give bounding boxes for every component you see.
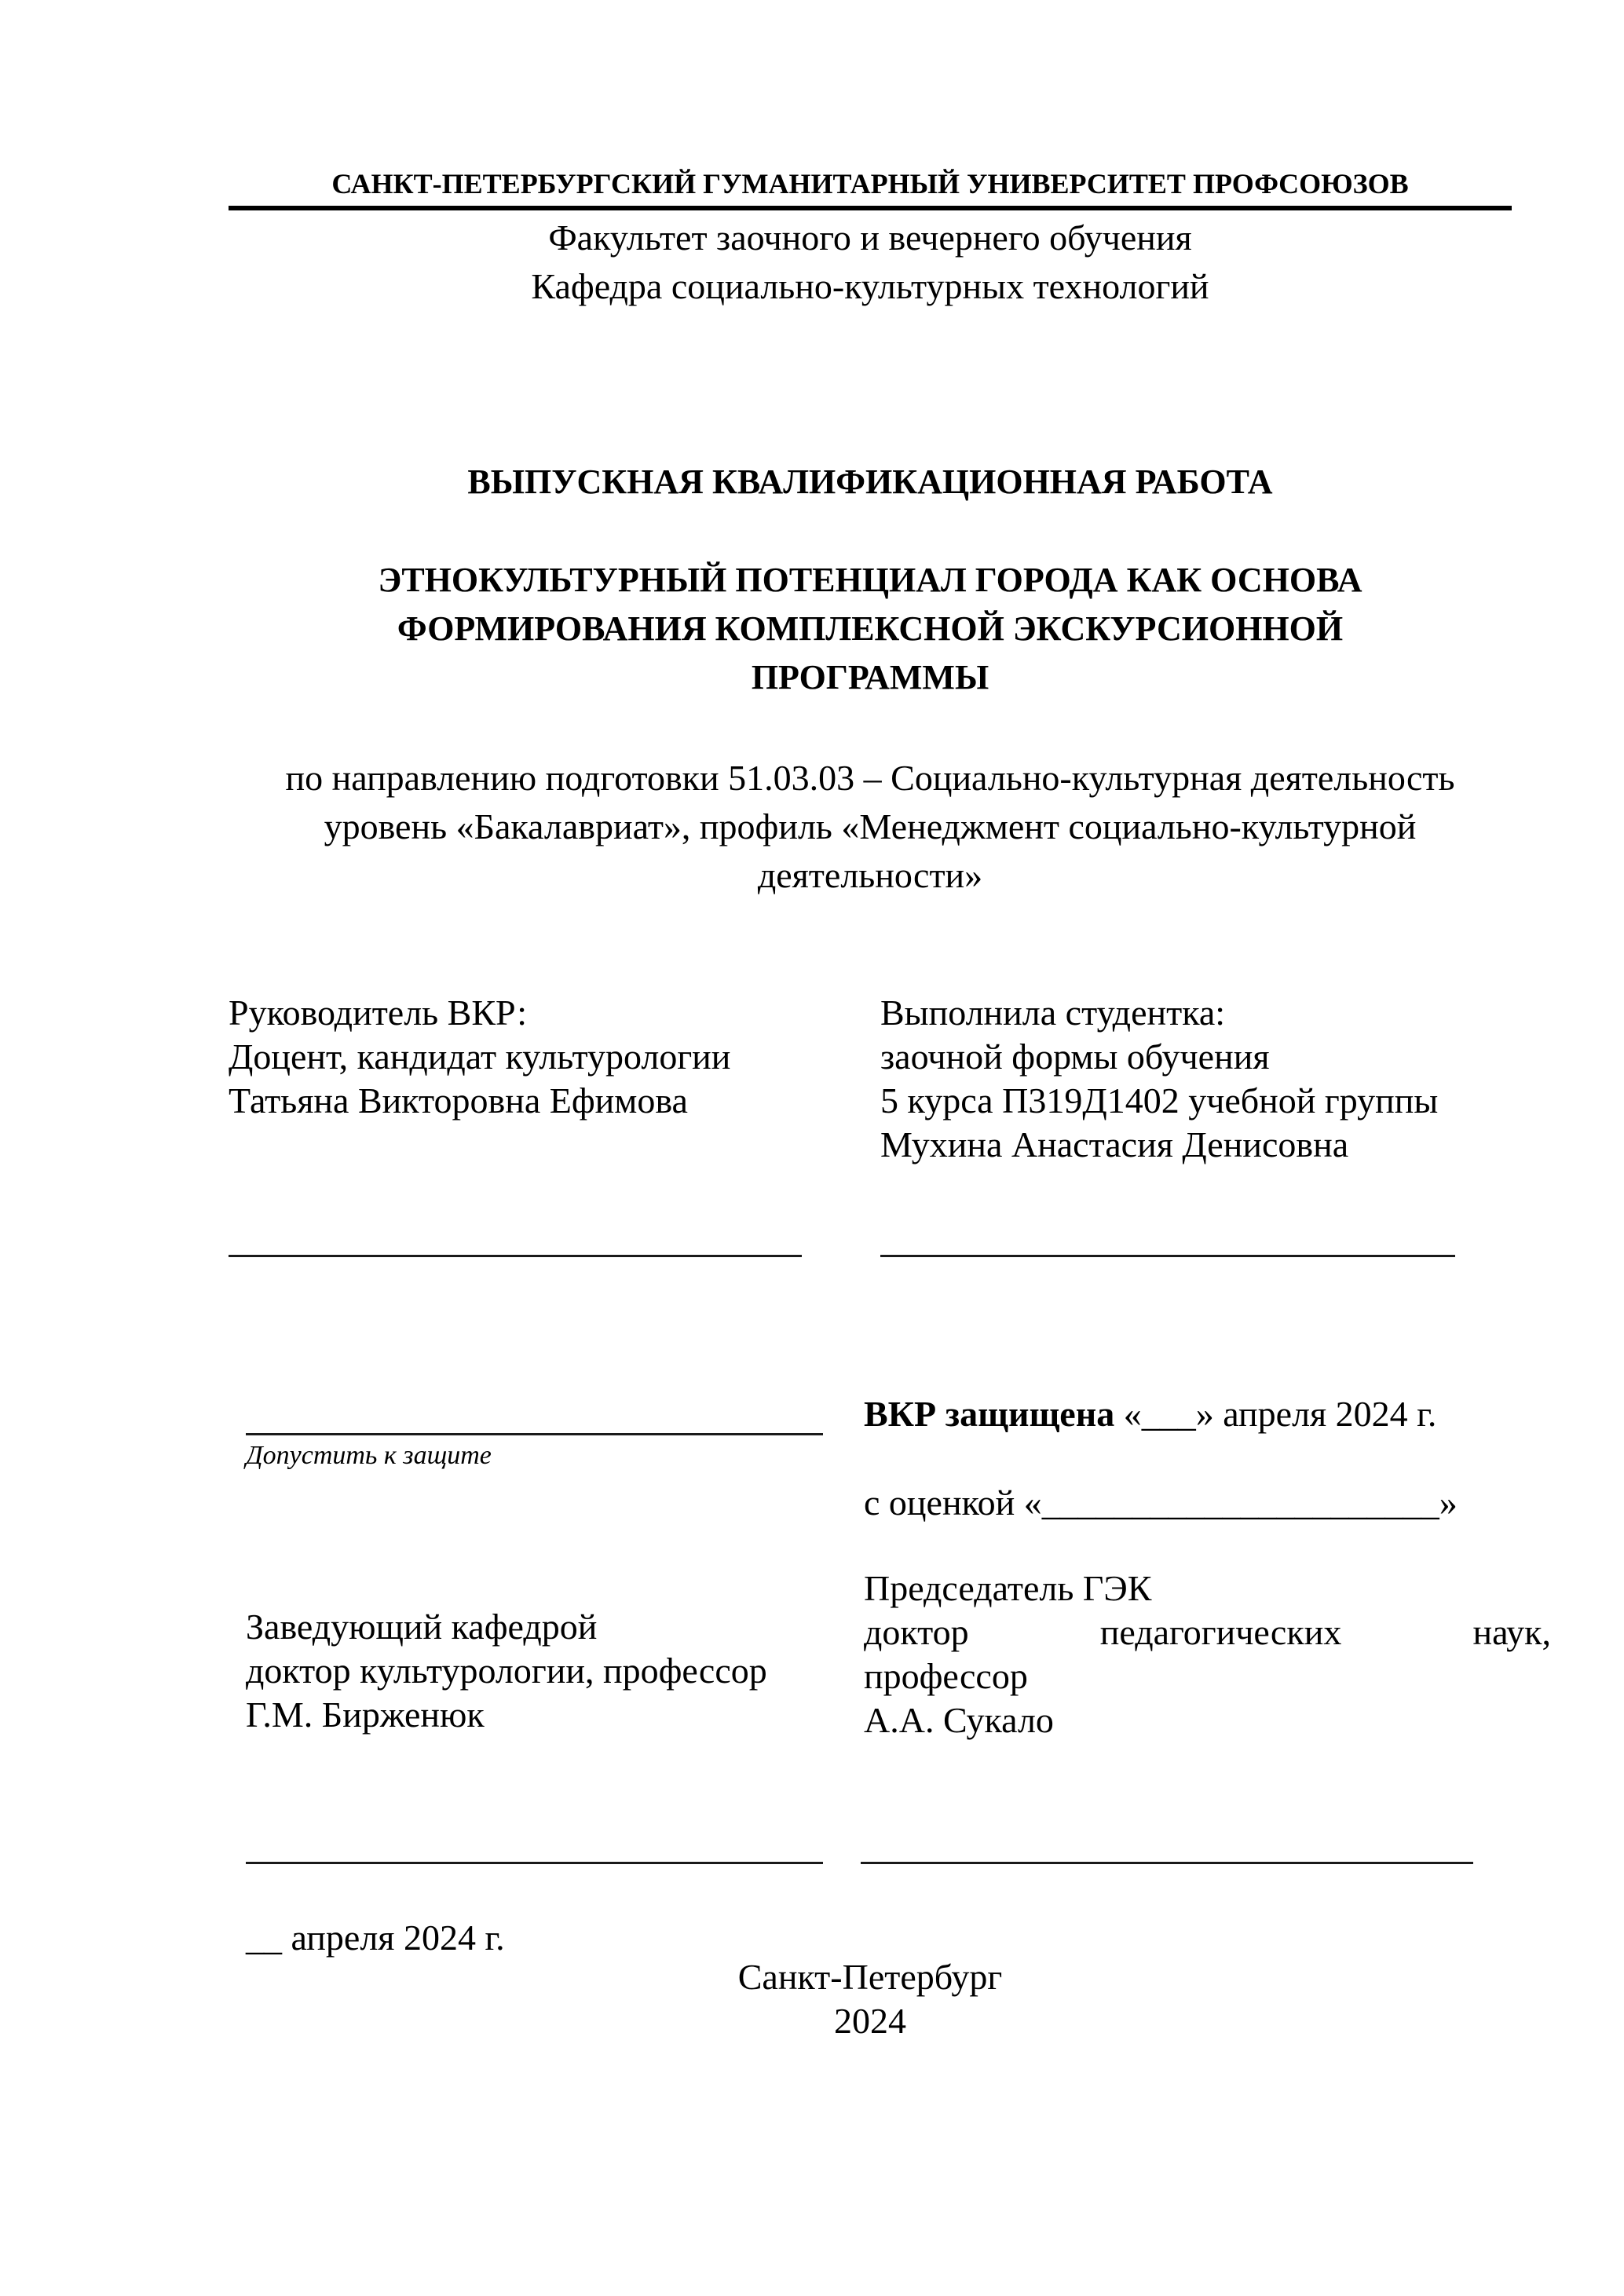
approval-date: __ апреля 2024 г. bbox=[246, 1916, 505, 1960]
admission-caption: Допустить к защите bbox=[246, 1440, 492, 1472]
city: Санкт-Петербург bbox=[229, 1955, 1512, 1999]
gek-chair-block: Председатель ГЭК доктор педагогических н… bbox=[864, 1567, 1555, 1742]
header-rule bbox=[229, 206, 1512, 210]
gek-chair-position: доктор педагогических наук, bbox=[864, 1610, 1551, 1654]
work-title-line: ПРОГРАММЫ bbox=[229, 653, 1512, 702]
gek-chair-position-word: доктор bbox=[864, 1610, 969, 1654]
student-name: Мухина Анастасия Денисовна bbox=[880, 1123, 1438, 1167]
gek-chair-position-word: педагогических bbox=[1100, 1610, 1342, 1654]
supervisor-block: Руководитель ВКР: Доцент, кандидат культ… bbox=[229, 991, 730, 1123]
department-head-signature-line bbox=[246, 1862, 823, 1864]
supervisor-name: Татьяна Викторовна Ефимова bbox=[229, 1079, 730, 1123]
student-group: 5 курса П319Д1402 учебной группы bbox=[880, 1079, 1438, 1123]
faculty-block: Факультет заочного и вечернего обучения … bbox=[229, 214, 1512, 311]
defense-grade-line: с оценкой «______________________» bbox=[864, 1481, 1458, 1525]
gek-chair-position-cont: профессор bbox=[864, 1654, 1555, 1698]
student-signature-line bbox=[880, 1255, 1455, 1257]
supervisor-signature-line bbox=[229, 1255, 802, 1257]
student-label: Выполнила студентка: bbox=[880, 991, 1438, 1035]
study-direction: по направлению подготовки 51.03.03 – Соц… bbox=[229, 754, 1512, 900]
gek-chair-name: А.А. Сукало bbox=[864, 1698, 1555, 1742]
supervisor-label: Руководитель ВКР: bbox=[229, 991, 730, 1035]
defense-date-line: ВКР защищена «___» апреля 2024 г. bbox=[864, 1392, 1436, 1436]
student-block: Выполнила студентка: заочной формы обуче… bbox=[880, 991, 1438, 1167]
university-name: САНКТ-ПЕТЕРБУРГСКИЙ ГУМАНИТАРНЫЙ УНИВЕРС… bbox=[229, 166, 1512, 201]
work-title-line: ФОРМИРОВАНИЯ КОМПЛЕКСНОЙ ЭКСКУРСИОННОЙ bbox=[229, 605, 1512, 653]
direction-line: по направлению подготовки 51.03.03 – Соц… bbox=[229, 754, 1512, 803]
department-head-name: Г.М. Бирженюк bbox=[246, 1693, 767, 1737]
student-form: заочной формы обучения bbox=[880, 1035, 1438, 1079]
department-head-position: доктор культурологии, профессор bbox=[246, 1649, 767, 1693]
department-head-block: Заведующий кафедрой доктор культурологии… bbox=[246, 1605, 767, 1737]
direction-line: уровень «Бакалавриат», профиль «Менеджме… bbox=[229, 803, 1512, 851]
gek-chair-position-word: наук, bbox=[1472, 1610, 1551, 1654]
gek-chair-title: Председатель ГЭК bbox=[864, 1567, 1555, 1610]
work-title: ЭТНОКУЛЬТУРНЫЙ ПОТЕНЦИАЛ ГОРОДА КАК ОСНО… bbox=[229, 556, 1512, 702]
admission-signature-line bbox=[246, 1433, 823, 1435]
year: 2024 bbox=[229, 1999, 1512, 2043]
defended-date: «___» апреля 2024 г. bbox=[1114, 1394, 1436, 1434]
department-head-title: Заведующий кафедрой bbox=[246, 1605, 767, 1649]
work-title-line: ЭТНОКУЛЬТУРНЫЙ ПОТЕНЦИАЛ ГОРОДА КАК ОСНО… bbox=[229, 556, 1512, 605]
work-type: ВЫПУСКНАЯ КВАЛИФИКАЦИОННАЯ РАБОТА bbox=[229, 459, 1512, 506]
defended-label: ВКР защищена bbox=[864, 1394, 1114, 1434]
supervisor-position: Доцент, кандидат культурологии bbox=[229, 1035, 730, 1079]
faculty-name: Факультет заочного и вечернего обучения bbox=[229, 214, 1512, 262]
gek-chair-signature-line bbox=[861, 1862, 1473, 1864]
department-name: Кафедра социально-культурных технологий bbox=[229, 262, 1512, 311]
direction-line: деятельности» bbox=[229, 851, 1512, 900]
